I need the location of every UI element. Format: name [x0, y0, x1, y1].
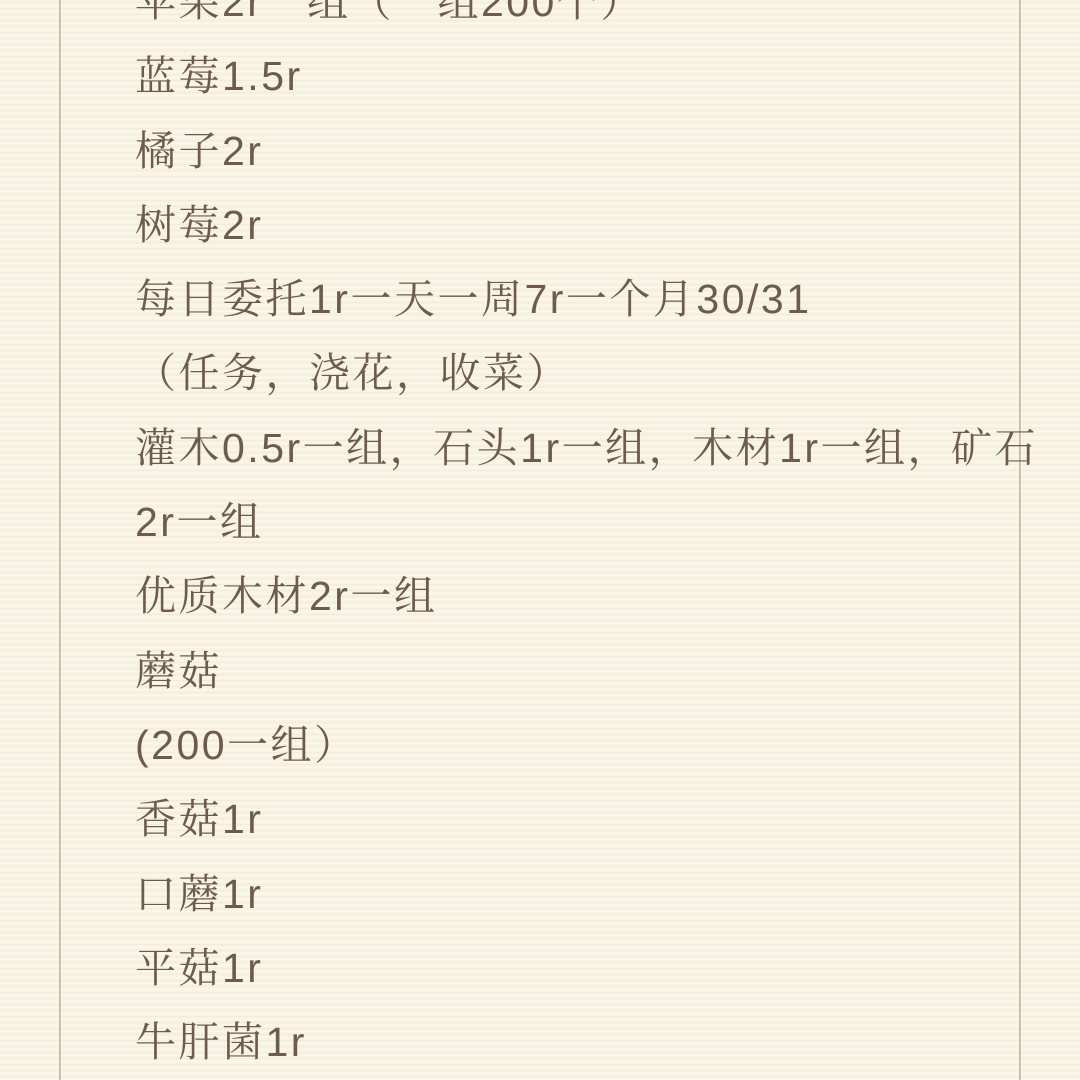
- note-line: 树莓2r: [135, 188, 1060, 262]
- note-line: 2r一组: [135, 485, 1060, 559]
- note-line: (200一组）: [135, 708, 1060, 782]
- note-line: 蓝莓1.5r: [135, 39, 1060, 113]
- note-page: 苹果2r一组（一组200个）蓝莓1.5r橘子2r树莓2r每日委托1r一天一周7r…: [0, 0, 1080, 1080]
- note-line: 优质木材2r一组: [135, 559, 1060, 633]
- note-line: （任务，浇花，收菜）: [135, 336, 1060, 410]
- note-line: 灌木0.5r一组，石头1r一组，木材1r一组，矿石: [135, 411, 1060, 485]
- note-line: 苹果2r一组（一组200个）: [135, 0, 1060, 39]
- page-edge-line-left: [59, 0, 61, 1080]
- note-line: 平菇1r: [135, 931, 1060, 1005]
- note-line: 橘子2r: [135, 114, 1060, 188]
- note-line: 蘑菇: [135, 634, 1060, 708]
- note-line: 牛肝菌1r: [135, 1005, 1060, 1079]
- note-line: 香菇1r: [135, 782, 1060, 856]
- note-line: 口蘑1r: [135, 857, 1060, 931]
- note-line: 每日委托1r一天一周7r一个月30/31: [135, 262, 1060, 336]
- note-text: 苹果2r一组（一组200个）蓝莓1.5r橘子2r树莓2r每日委托1r一天一周7r…: [135, 0, 1060, 1079]
